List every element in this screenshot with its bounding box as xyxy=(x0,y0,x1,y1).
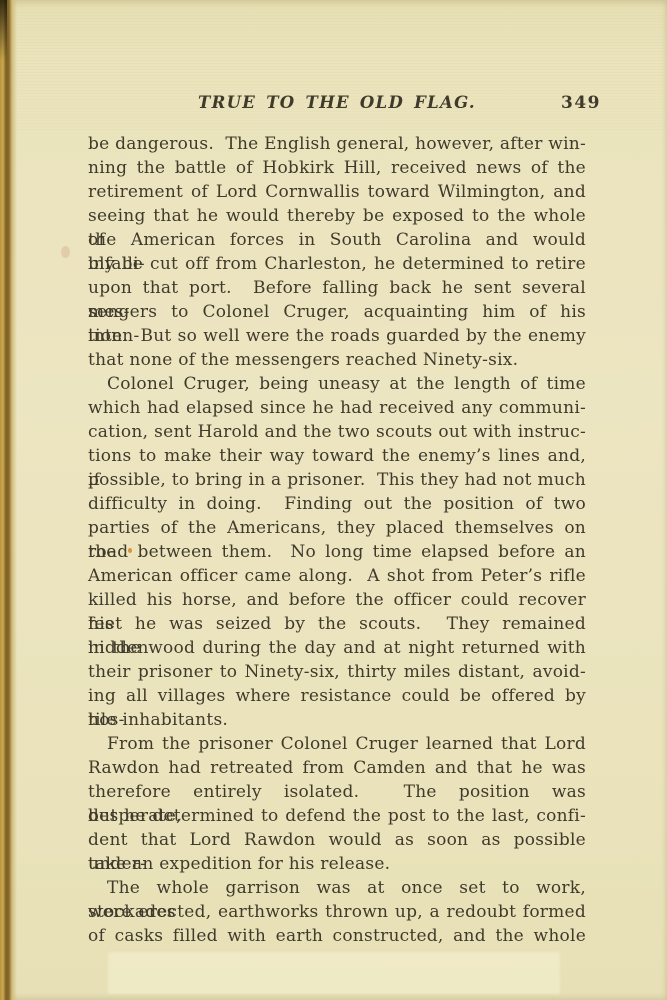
paragraph: The whole garrison was at once set to wo… xyxy=(88,876,586,948)
book-page-scan: TRUE TO THE OLD FLAG. 349 be dangerous. … xyxy=(0,0,667,1000)
text-line: tile inhabitants. xyxy=(88,708,586,732)
text-line: American officer came along. A shot from… xyxy=(88,564,586,588)
text-line: dent that Lord Rawdon would as soon as p… xyxy=(88,828,586,852)
text-line: therefore entirely isolated. The positio… xyxy=(88,780,586,804)
text-line: feet he was seized by the scouts. They r… xyxy=(88,612,586,636)
text-line: possible, to bring in a prisoner. This t… xyxy=(88,468,586,492)
paragraph: Colonel Cruger, being uneasy at the leng… xyxy=(88,372,586,732)
text-line: From the prisoner Colonel Cruger learned… xyxy=(88,732,586,756)
scan-artifact xyxy=(108,952,560,994)
page-header: TRUE TO THE OLD FLAG. 349 xyxy=(88,93,586,115)
text-line: Rawdon had retreated from Camden and tha… xyxy=(88,756,586,780)
text-line: ning the battle of Hobkirk Hill, receive… xyxy=(88,156,586,180)
text-line: difficulty in doing. Finding out the pos… xyxy=(88,492,586,516)
text-line: in the wood during the day and at night … xyxy=(88,636,586,660)
text-line: killed his horse, and before the officer… xyxy=(88,588,586,612)
page-body: be dangerous. The English general, howev… xyxy=(88,132,586,948)
scan-speck xyxy=(61,246,70,258)
text-line: seeing that he would thereby be exposed … xyxy=(88,204,586,228)
text-line: tions to make their way toward the enemy… xyxy=(88,444,586,468)
text-line: be dangerous. The English general, howev… xyxy=(88,132,586,156)
text-line: upon that port. Before falling back he s… xyxy=(88,276,586,300)
text-line: Colonel Cruger, being uneasy at the leng… xyxy=(88,372,586,396)
text-line: sengers to Colonel Cruger, acquainting h… xyxy=(88,300,586,324)
text-line: bly be cut off from Charleston, he deter… xyxy=(88,252,586,276)
text-line: of casks filled with earth constructed, … xyxy=(88,924,586,948)
text-line: the American forces in South Carolina an… xyxy=(88,228,586,252)
text-line: ing all villages where resistance could … xyxy=(88,684,586,708)
text-line: their prisoner to Ninety-six, thirty mil… xyxy=(88,660,586,684)
text-line: tion. But so well were the roads guarded… xyxy=(88,324,586,348)
text-line: retirement of Lord Cornwallis toward Wil… xyxy=(88,180,586,204)
text-line: road between them. No long time elapsed … xyxy=(88,540,586,564)
text-line: cation, sent Harold and the two scouts o… xyxy=(88,420,586,444)
text-line: which had elapsed since he had received … xyxy=(88,396,586,420)
text-line: take an expedition for his release. xyxy=(88,852,586,876)
text-line: were erected, earthworks thrown up, a re… xyxy=(88,900,586,924)
paragraph: be dangerous. The English general, howev… xyxy=(88,132,586,372)
running-title: TRUE TO THE OLD FLAG. xyxy=(88,93,586,112)
text-line: parties of the Americans, they placed th… xyxy=(88,516,586,540)
text-line: but he determined to defend the post to … xyxy=(88,804,586,828)
text-line: that none of the messengers reached Nine… xyxy=(88,348,586,372)
page-number: 349 xyxy=(561,93,601,113)
text-line: The whole garrison was at once set to wo… xyxy=(88,876,586,900)
paragraph: From the prisoner Colonel Cruger learned… xyxy=(88,732,586,876)
binding-edge xyxy=(0,0,17,1000)
scan-speck xyxy=(128,548,132,553)
